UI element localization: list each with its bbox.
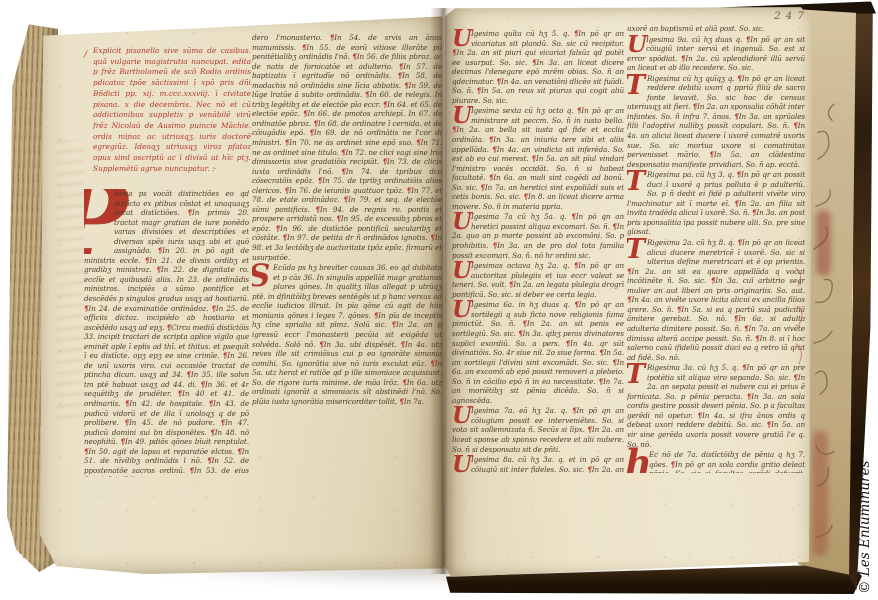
manuscript-text: Igesima 7a. eā hʒ 2a. q. ¶In pō qn an cō…	[452, 406, 624, 453]
right-page-column-1: UIgesima quīta cū hʒ 5. q. ¶In pō qr an …	[452, 29, 624, 473]
rubric-paraph-mark: ∕	[84, 50, 87, 60]
illuminated-initial-T: T	[627, 239, 645, 260]
illuminated-initial-U: U	[452, 301, 469, 319]
fore-edge-red-stain	[816, 210, 831, 276]
manuscript-paragraph: TRigesima cū hʒ quīqʒ q. ¶In pō qr an li…	[627, 74, 805, 169]
manuscript-text: Rigesima cū hʒ quīqʒ q. ¶In pō qr an lic…	[627, 74, 805, 169]
left-page-column-1: PRima ps vocāt distinctiōes eo qd distīc…	[84, 189, 249, 477]
fore-edge-red-stain	[812, 430, 828, 556]
photo-credit: © Les Enluminures	[857, 461, 873, 594]
manuscript-paragraph: UIgesimas octava hʒ 2a. q. ¶In pō qr an …	[452, 261, 624, 299]
manuscript-paragraph: UIgesima 9a. cū hʒ duas q. ¶In pō qr an …	[627, 35, 805, 73]
manuscript-text: Igesima 6a. in hʒ duas q. ¶In pō qr an s…	[452, 300, 624, 404]
manuscript-text: Igesima quīta cū hʒ 5. q. ¶In pō qr an v…	[452, 29, 624, 105]
manuscript-paragraph: UIgesima quīta cū hʒ 5. q. ¶In pō qr an …	[452, 29, 624, 105]
manuscript-photo: ∕ Explicit pisanella sive sūma de casibu…	[0, 0, 878, 600]
manuscript-paragraph: TRigesima pa. cū hʒ 3. q. ¶In pō qr an p…	[627, 170, 805, 237]
folio-number: 247	[774, 10, 809, 22]
illuminated-initial-U: U	[452, 407, 469, 425]
manuscript-paragraph: UIgesima 8a. cū hʒ 3a. q. et in pō qr an…	[452, 455, 624, 473]
manuscript-text: uxorē an baptismū et aliā post. So. sic.	[627, 24, 764, 33]
manuscript-text: Ec nō de 7a. distīctōibʒ de pēnia q hʒ 7…	[627, 450, 805, 473]
illuminated-initial-U: U	[452, 456, 469, 473]
manuscript-text: dero l'monasterio. ¶In 54. de srvis an ā…	[252, 33, 442, 262]
illuminated-initial-U: U	[452, 30, 469, 48]
manuscript-paragraph: SEcūda ps hʒ breviter causas 36. eo qd d…	[252, 263, 442, 406]
illuminated-initial-U: U	[627, 36, 644, 54]
manuscript-paragraph: UIgesima sexta cū hʒ octo q. ¶In pō qr a…	[452, 106, 624, 211]
manuscript-text: Rigesima 3a. cū hʒ 5. q. ¶In pō qr an pr…	[627, 363, 805, 448]
illuminated-initial-T: T	[627, 171, 645, 192]
illuminated-initial-U: U	[452, 262, 469, 280]
chapter-list: dero l'monasterio. ¶In 54. de srvis an ā…	[252, 33, 442, 262]
illuminated-initial-S: S	[252, 264, 271, 288]
left-page-column-2: dero l'monasterio. ¶In 54. de srvis an ā…	[252, 33, 442, 480]
manuscript-text: Igesima 9a. cū hʒ duas q. ¶In pō qr an s…	[627, 35, 805, 73]
column-lead-line: uxorē an baptismū et aliā post. So. sic.	[627, 24, 805, 34]
manuscript-paragraph: UIgesima 6a. in hʒ duas q. ¶In pō qr an …	[452, 300, 624, 405]
ink-show-through	[56, 140, 84, 420]
manuscript-paragraph: TRigesima 2a. cū hʒ 8. q. ¶In pō qr an l…	[627, 238, 805, 362]
manuscript-text: Rigesima 2a. cū hʒ 8. q. ¶In pō qr an li…	[627, 238, 805, 362]
manuscript-text: Igesimas octava hʒ 2a. q. ¶In pō qr an a…	[452, 261, 624, 299]
manuscript-text: Igesima 8a. cū hʒ 3a. q. et in pō qr an …	[452, 455, 624, 473]
explicit-rubric-colophon: Explicit pisanella sive sūma de casibus.…	[93, 46, 251, 196]
illuminated-initial-U: U	[452, 213, 469, 231]
right-page-column-2: uxorē an baptismū et aliā post. So. sic.…	[627, 24, 805, 473]
manuscript-paragraph: UIgesima 7a cū hʒ 5a. q. ¶In pō qn an he…	[452, 212, 624, 260]
marginal-red-flourish	[792, 260, 806, 370]
manuscript-paragraph: hEc nō de 7a. distīctōibʒ de pēnia q hʒ …	[627, 450, 805, 473]
manuscript-paragraph: PRima ps vocāt distinctiōes eo qd distīc…	[84, 189, 249, 477]
manuscript-text: Igesima 7a cū hʒ 5a. q. ¶In pō qn an her…	[452, 212, 624, 259]
illuminated-initial-U: U	[452, 107, 469, 125]
illuminated-initial-h: h	[627, 450, 647, 473]
manuscript-text: Ecūda ps hʒ breviter causas 36. eo qd du…	[252, 263, 442, 406]
manuscript-paragraph: UIgesima 7a. eā hʒ 2a. q. ¶In pō qn an c…	[452, 406, 624, 454]
illuminated-initial-P: P	[84, 193, 110, 255]
manuscript-text: Igesima sexta cū hʒ octo q. ¶In pō qr an…	[452, 106, 624, 210]
manuscript-paragraph: TRigesima 3a. cū hʒ 5. q. ¶In pō qr an p…	[627, 363, 805, 449]
manuscript-text: Rigesima pa. cū hʒ 3. q. ¶In pō qr an po…	[627, 170, 805, 236]
illuminated-initial-T: T	[627, 364, 645, 385]
illuminated-initial-T: T	[627, 75, 645, 96]
